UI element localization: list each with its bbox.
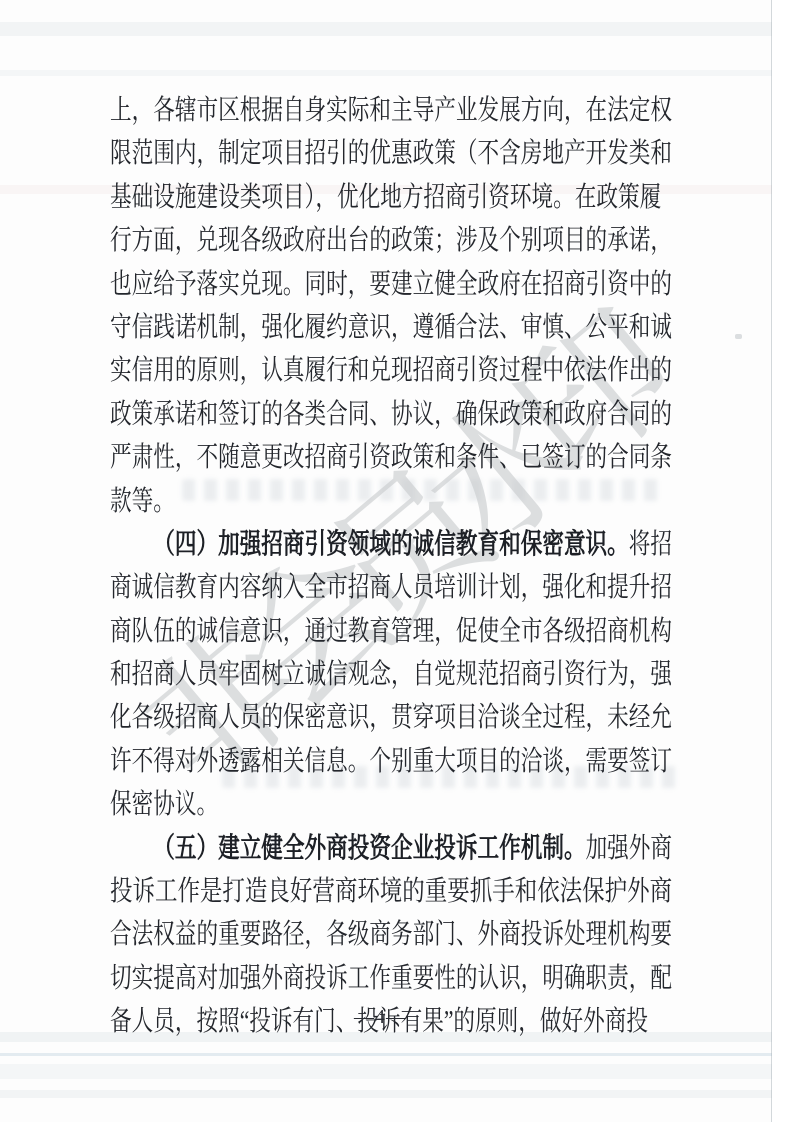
text-segment: 款等。 <box>110 486 175 517</box>
text-segment: 上，各辖市区根据自身实际和主导产业发展方向，在法定权 <box>110 95 672 126</box>
text-line: 限范围内，制定项目招引的优惠政策（不含房地产开发类和 <box>110 132 573 175</box>
scanned-document-page: 非会员水印 上，各辖市区根据自身实际和主导产业发展方向，在法定权 限范围内，制定… <box>0 0 793 1122</box>
text-line: 化各级招商人员的保密意识，贯穿项目洽谈全过程，未经允 <box>110 696 573 739</box>
scan-band <box>0 1090 793 1098</box>
text-line: 合法权益的重要路径，各级商务部门、外商投诉处理机构要 <box>110 913 573 956</box>
text-segment: 守信践诺机制，强化履约意识，遵循合法、审慎、公平和诚 <box>110 312 672 343</box>
text-segment: 实信用的原则，认真履行和兑现招商引资过程中依法作出的 <box>110 355 672 386</box>
text-line: 商队伍的诚信意识，通过教育管理，促使全市各级招商机构 <box>110 610 573 653</box>
text-line: 行方面，兑现各级政府出台的政策；涉及个别项目的承诺， <box>110 219 573 262</box>
text-line: 守信践诺机制，强化履约意识，遵循合法、审慎、公平和诚 <box>110 306 573 349</box>
text-segment: 化各级招商人员的保密意识，贯穿项目洽谈全过程，未经允 <box>110 702 672 733</box>
text-line: 商诚信教育内容纳入全市招商人员培训计划，强化和提升招 <box>110 566 573 609</box>
text-segment: 商诚信教育内容纳入全市招商人员培训计划，强化和提升招 <box>110 572 672 603</box>
text-segment: 和招商人员牢固树立诚信观念，自觉规范招商引资行为，强 <box>110 659 672 690</box>
text-line: 实信用的原则，认真履行和兑现招商引资过程中依法作出的 <box>110 349 573 392</box>
text-line: 切实提高对加强外商投诉工作重要性的认识，明确职责，配 <box>110 957 573 1000</box>
text-line: 严肃性，不随意更改招商引资政策和条件、已签订的合同条 <box>110 436 573 479</box>
text-segment: 保密协议。 <box>110 789 218 820</box>
document-body: 上，各辖市区根据自身实际和主导产业发展方向，在法定权 限范围内，制定项目招引的优… <box>110 89 710 1044</box>
text-segment: 基础设施建设类项目），优化地方招商引资环境。在政策履 <box>110 182 661 213</box>
scan-band <box>0 1064 793 1079</box>
page-number: —4— <box>0 1006 777 1029</box>
text-segment: 也应给予落实兑现。同时，要建立健全政府在招商引资中的 <box>110 269 672 300</box>
text-line: 保密协议。 <box>110 783 573 826</box>
text-line: 上，各辖市区根据自身实际和主导产业发展方向，在法定权 <box>110 89 573 132</box>
text-line: 基础设施建设类项目），优化地方招商引资环境。在政策履 <box>110 176 573 219</box>
text-line: 投诉工作是打造良好营商环境的重要抓手和依法保护外商 <box>110 870 592 913</box>
section-heading-segment: （四）加强招商引资领域的诚信教育和保密意识。 <box>153 529 629 560</box>
text-segment: 严肃性，不随意更改招商引资政策和条件、已签订的合同条 <box>110 442 672 473</box>
text-segment: 政策承诺和签订的各类合同、协议，确保政策和政府合同的 <box>110 399 672 430</box>
scan-edge-line <box>771 0 772 1122</box>
scan-band <box>0 1053 793 1056</box>
text-line: 和招商人员牢固树立诚信观念，自觉规范招商引资行为，强 <box>110 653 573 696</box>
text-segment: 许不得对外透露相关信息。个别重大项目的洽谈，需要签订 <box>110 746 672 777</box>
text-segment: 商队伍的诚信意识，通过教育管理，促使全市各级招商机构 <box>110 616 672 647</box>
text-segment: 切实提高对加强外商投诉工作重要性的认识，明确职责，配 <box>110 963 672 994</box>
scan-band <box>0 70 793 76</box>
scan-edge-strip <box>772 0 793 1122</box>
text-segment: 行方面，兑现各级政府出台的政策；涉及个别项目的承诺， <box>110 225 672 256</box>
text-line: 许不得对外透露相关信息。个别重大项目的洽谈，需要签订 <box>110 740 573 783</box>
section-heading-line: （五）建立健全外商投资企业投诉工作机制。加强外商 <box>110 827 573 870</box>
text-line: 政策承诺和签订的各类合同、协议，确保政策和政府合同的 <box>110 393 573 436</box>
text-line: 也应给予落实兑现。同时，要建立健全政府在招商引资中的 <box>110 263 573 306</box>
text-segment: 加强外商 <box>586 833 672 864</box>
scan-band <box>0 22 793 36</box>
dust-speck <box>735 334 742 339</box>
section-heading-segment: （五）建立健全外商投资企业投诉工作机制。 <box>153 833 585 864</box>
text-segment: 限范围内，制定项目招引的优惠政策（不含房地产开发类和 <box>110 138 672 169</box>
text-line: 款等。 <box>110 480 573 523</box>
text-segment: 将招 <box>629 529 672 560</box>
text-segment: 合法权益的重要路径，各级商务部门、外商投诉处理机构要 <box>110 919 672 950</box>
text-segment: 投诉工作是打造良好营商环境的重要抓手和依法保护外商 <box>110 876 672 907</box>
section-heading-line: （四）加强招商引资领域的诚信教育和保密意识。将招 <box>110 523 573 566</box>
